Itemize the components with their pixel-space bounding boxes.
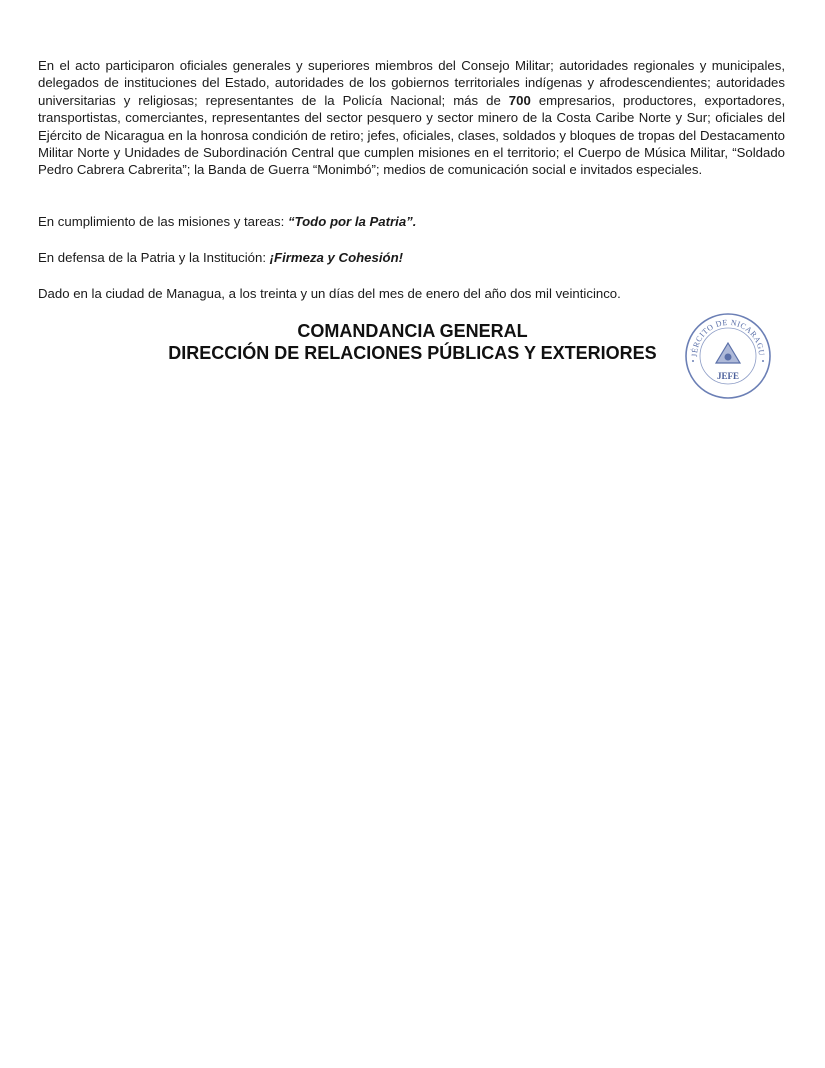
signature-line-1: COMANDANCIA GENERAL <box>140 320 685 342</box>
paragraph-text: En defensa de la Patria y la Institución… <box>38 250 270 265</box>
defense-paragraph: En defensa de la Patria y la Institución… <box>38 249 785 266</box>
motto-emphasis: ¡Firmeza y Cohesión! <box>270 250 403 265</box>
mission-paragraph: En cumplimiento de las misiones y tareas… <box>38 213 785 230</box>
paragraph-text: En cumplimiento de las misiones y tareas… <box>38 214 288 229</box>
official-seal-icon: EJÉRCITO DE NICARAGUA JEFE <box>683 311 773 401</box>
participants-paragraph: En el acto participaron oficiales genera… <box>38 57 785 179</box>
svg-text:JEFE: JEFE <box>717 371 739 381</box>
date-paragraph: Dado en la ciudad de Managua, a los trei… <box>38 285 785 302</box>
bold-count: 700 <box>509 93 531 108</box>
signature-line-2: DIRECCIÓN DE RELACIONES PÚBLICAS Y EXTER… <box>140 342 685 364</box>
motto-emphasis: “Todo por la Patria”. <box>288 214 416 229</box>
